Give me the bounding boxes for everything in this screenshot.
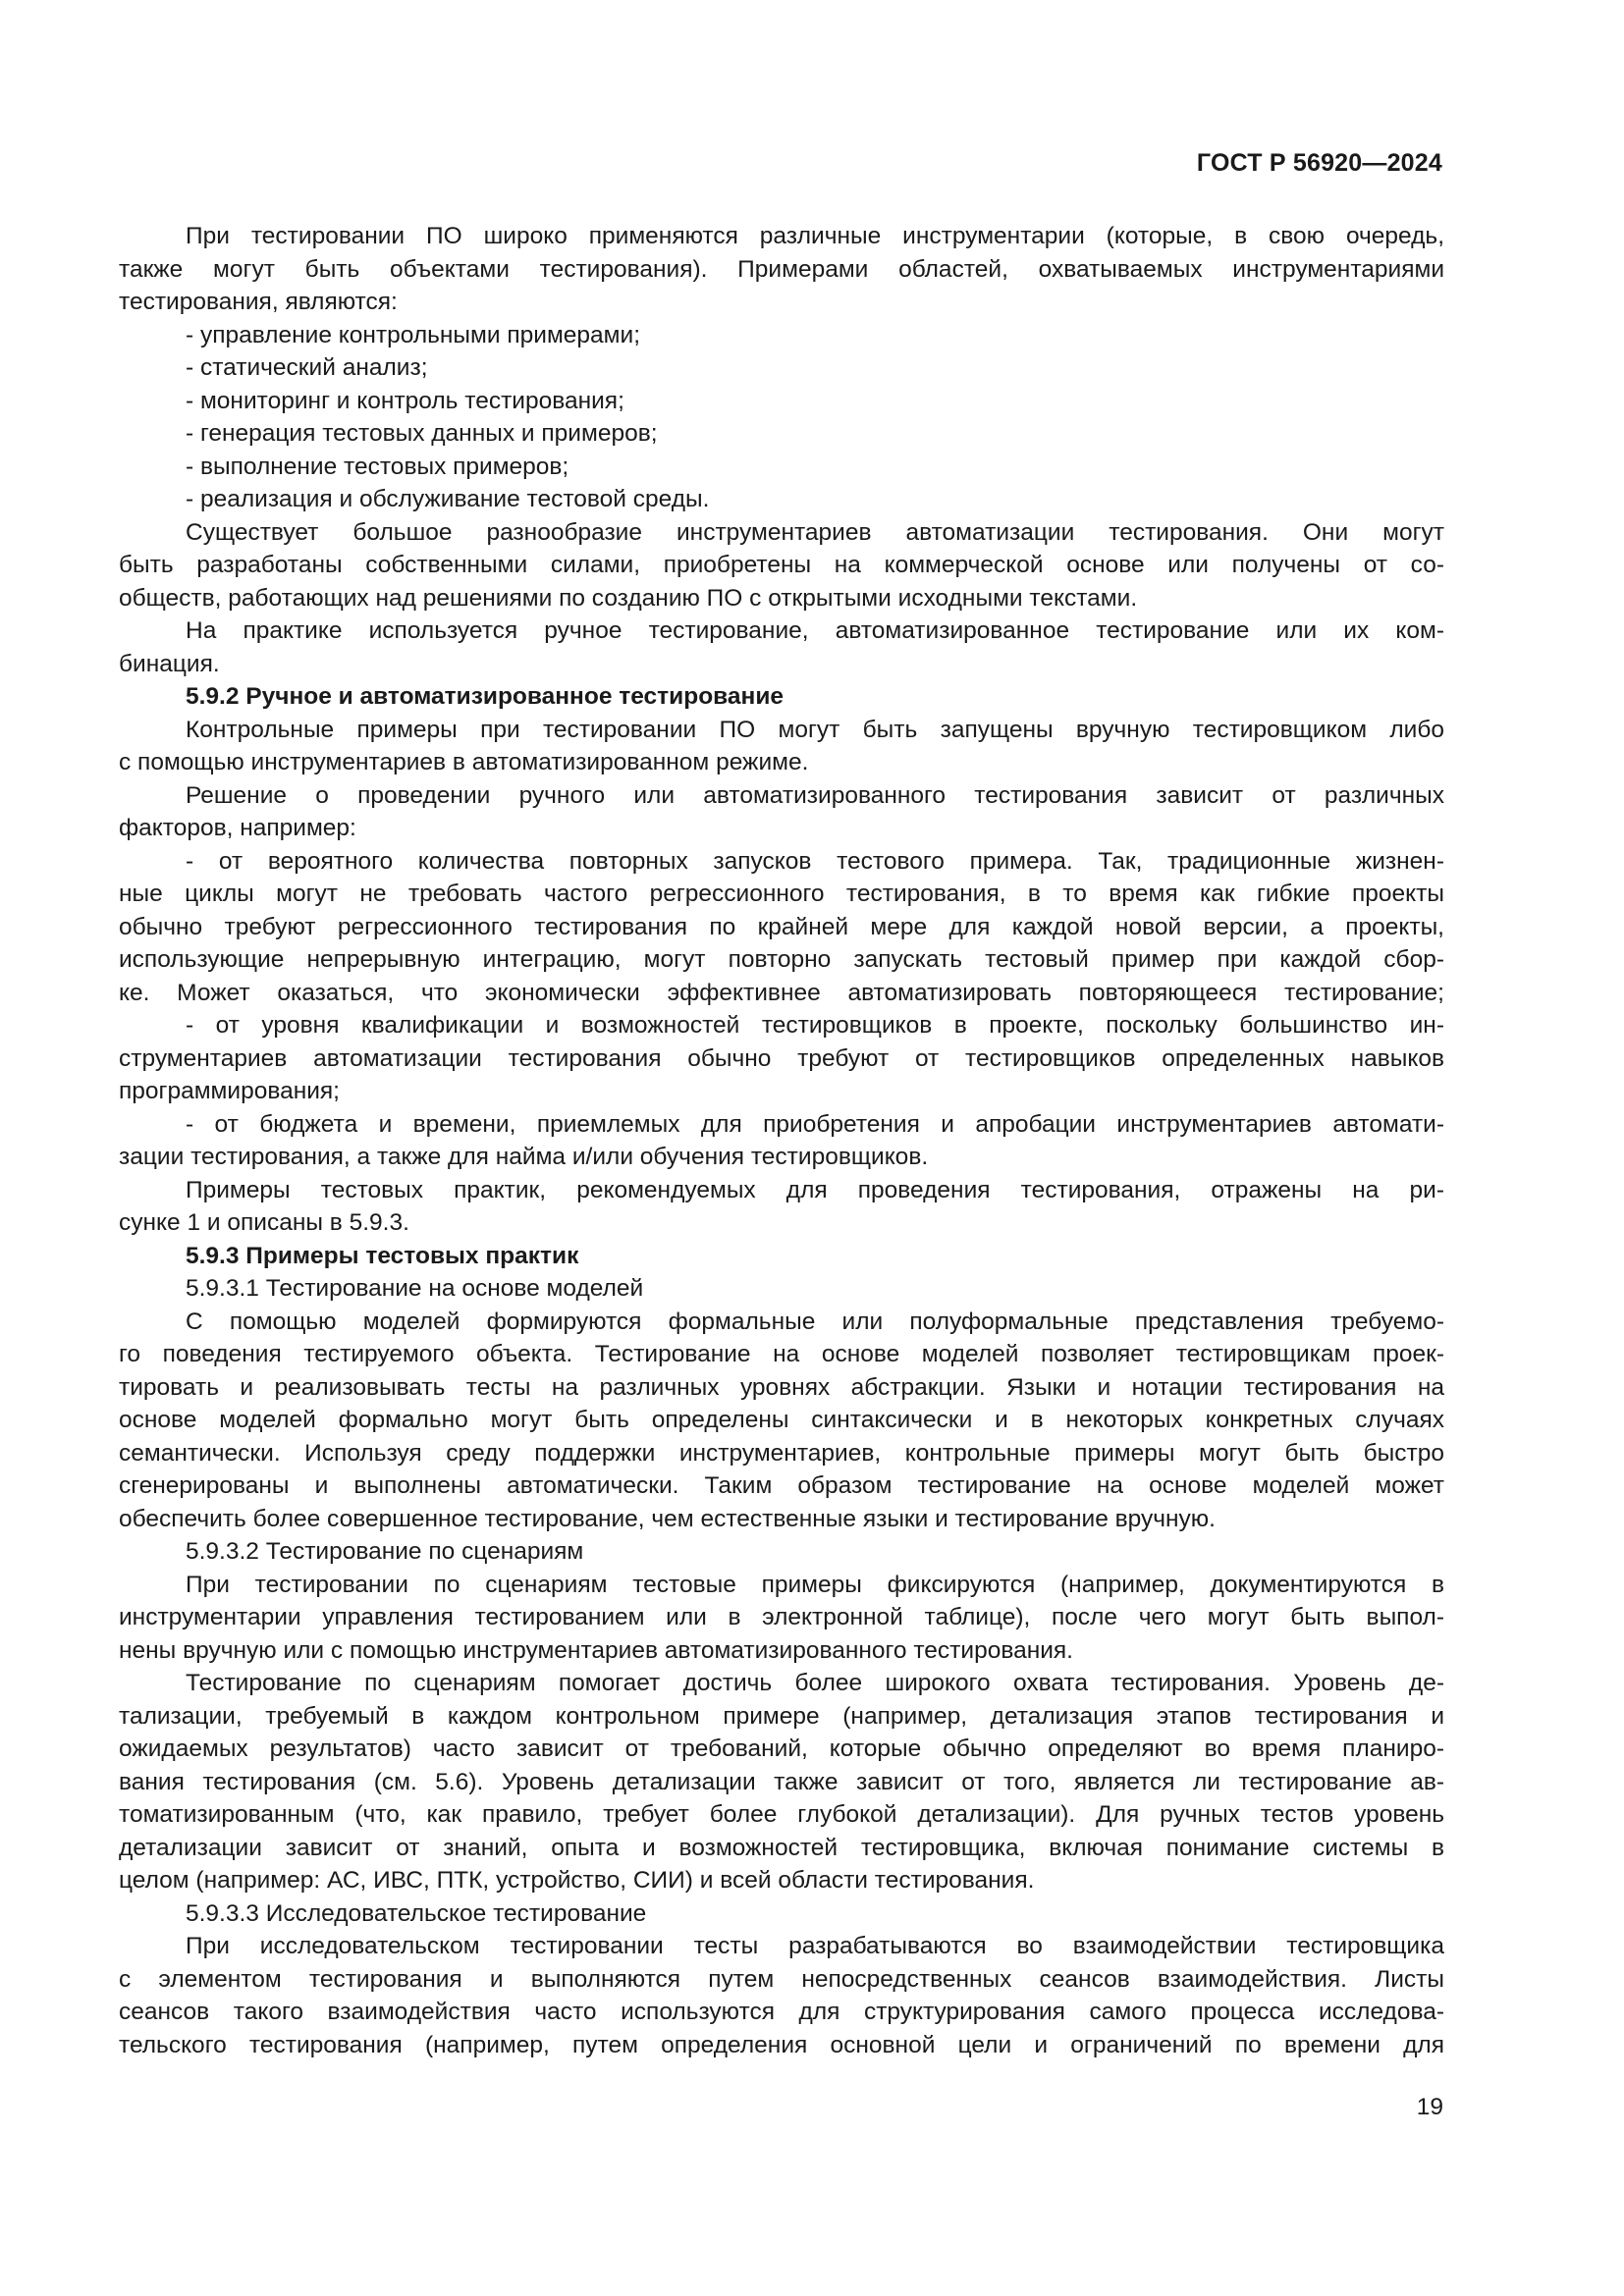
text-line: семантически. Используя среду поддержки … <box>119 1437 1444 1470</box>
section-heading: 5.9.3 Примеры тестовых практик <box>119 1240 1444 1273</box>
text-line: При исследовательском тестировании тесты… <box>119 1930 1444 1963</box>
text-line: - управление контрольными примерами; <box>119 319 1444 352</box>
text-line: факторов, например: <box>119 812 1444 845</box>
text-line: При тестировании ПО широко применяются р… <box>119 220 1444 253</box>
text-line: - мониторинг и контроль тестирования; <box>119 385 1444 418</box>
text-line: тельского тестирования (например, путем … <box>119 2029 1444 2062</box>
text-line: также могут быть объектами тестирования)… <box>119 253 1444 287</box>
text-line: ные циклы могут не требовать частого рег… <box>119 878 1444 911</box>
text-line: - от уровня квалификации и возможностей … <box>119 1009 1444 1042</box>
text-line: При тестировании по сценариям тестовые п… <box>119 1569 1444 1602</box>
text-line: тировать и реализовывать тесты на различ… <box>119 1371 1444 1405</box>
text-line: обеспечить более совершенное тестировани… <box>119 1503 1444 1536</box>
text-line: С помощью моделей формируются формальные… <box>119 1306 1444 1339</box>
text-line: 5.9.3.1 Тестирование на основе моделей <box>119 1272 1444 1306</box>
text-line: вания тестирования (см. 5.6). Уровень де… <box>119 1766 1444 1799</box>
page-body: При тестировании ПО широко применяются р… <box>119 220 1444 2061</box>
text-line: Решение о проведении ручного или автомат… <box>119 779 1444 813</box>
text-line: с элементом тестирования и выполняются п… <box>119 1963 1444 1997</box>
text-line: целом (например: АС, ИВС, ПТК, устройств… <box>119 1864 1444 1897</box>
text-line: томатизированным (что, как правило, треб… <box>119 1798 1444 1832</box>
text-line: быть разработаны собственными силами, пр… <box>119 549 1444 582</box>
page-number: 19 <box>1417 2094 1443 2121</box>
text-line: - выполнение тестовых примеров; <box>119 451 1444 484</box>
text-line: тализации, требуемый в каждом контрольно… <box>119 1700 1444 1734</box>
text-line: тестирования, являются: <box>119 286 1444 319</box>
text-line: струментариев автоматизации тестирования… <box>119 1042 1444 1076</box>
text-line: - статический анализ; <box>119 351 1444 385</box>
text-line: На практике используется ручное тестиров… <box>119 614 1444 648</box>
text-line: сеансов такого взаимодействия часто испо… <box>119 1996 1444 2029</box>
text-line: ке. Может оказаться, что экономически эф… <box>119 977 1444 1010</box>
text-line: инструментарии управления тестированием … <box>119 1601 1444 1634</box>
text-line: детализации зависит от знаний, опыта и в… <box>119 1832 1444 1865</box>
text-line: обычно требуют регрессионного тестирован… <box>119 911 1444 944</box>
document-standard-id: ГОСТ Р 56920—2024 <box>1197 149 1442 178</box>
text-line: Существует большое разнообразие инструме… <box>119 516 1444 550</box>
text-line: - генерация тестовых данных и примеров; <box>119 417 1444 451</box>
text-line: программирования; <box>119 1075 1444 1108</box>
text-line: Контрольные примеры при тестировании ПО … <box>119 714 1444 747</box>
text-line: нены вручную или с помощью инструментари… <box>119 1634 1444 1668</box>
text-line: сгенерированы и выполнены автоматически.… <box>119 1469 1444 1503</box>
text-line: Примеры тестовых практик, рекомендуемых … <box>119 1174 1444 1207</box>
text-line: 5.9.3.2 Тестирование по сценариям <box>119 1535 1444 1569</box>
text-line: сунке 1 и описаны в 5.9.3. <box>119 1206 1444 1240</box>
section-heading: 5.9.2 Ручное и автоматизированное тестир… <box>119 680 1444 714</box>
text-line: - от бюджета и времени, приемлемых для п… <box>119 1108 1444 1142</box>
text-line: основе моделей формально могут быть опре… <box>119 1404 1444 1437</box>
text-line: ожидаемых результатов) часто зависит от … <box>119 1733 1444 1766</box>
text-line: 5.9.3.3 Исследовательское тестирование <box>119 1897 1444 1931</box>
text-line: зации тестирования, а также для найма и/… <box>119 1141 1444 1174</box>
text-line: бинация. <box>119 648 1444 681</box>
text-line: - реализация и обслуживание тестовой сре… <box>119 483 1444 516</box>
text-line: Тестирование по сценариям помогает дости… <box>119 1667 1444 1700</box>
text-line: использующие непрерывную интеграцию, мог… <box>119 943 1444 977</box>
text-line: - от вероятного количества повторных зап… <box>119 845 1444 879</box>
text-line: обществ, работающих над решениями по соз… <box>119 582 1444 615</box>
text-line: с помощью инструментариев в автоматизиро… <box>119 746 1444 779</box>
text-line: го поведения тестируемого объекта. Тести… <box>119 1338 1444 1371</box>
